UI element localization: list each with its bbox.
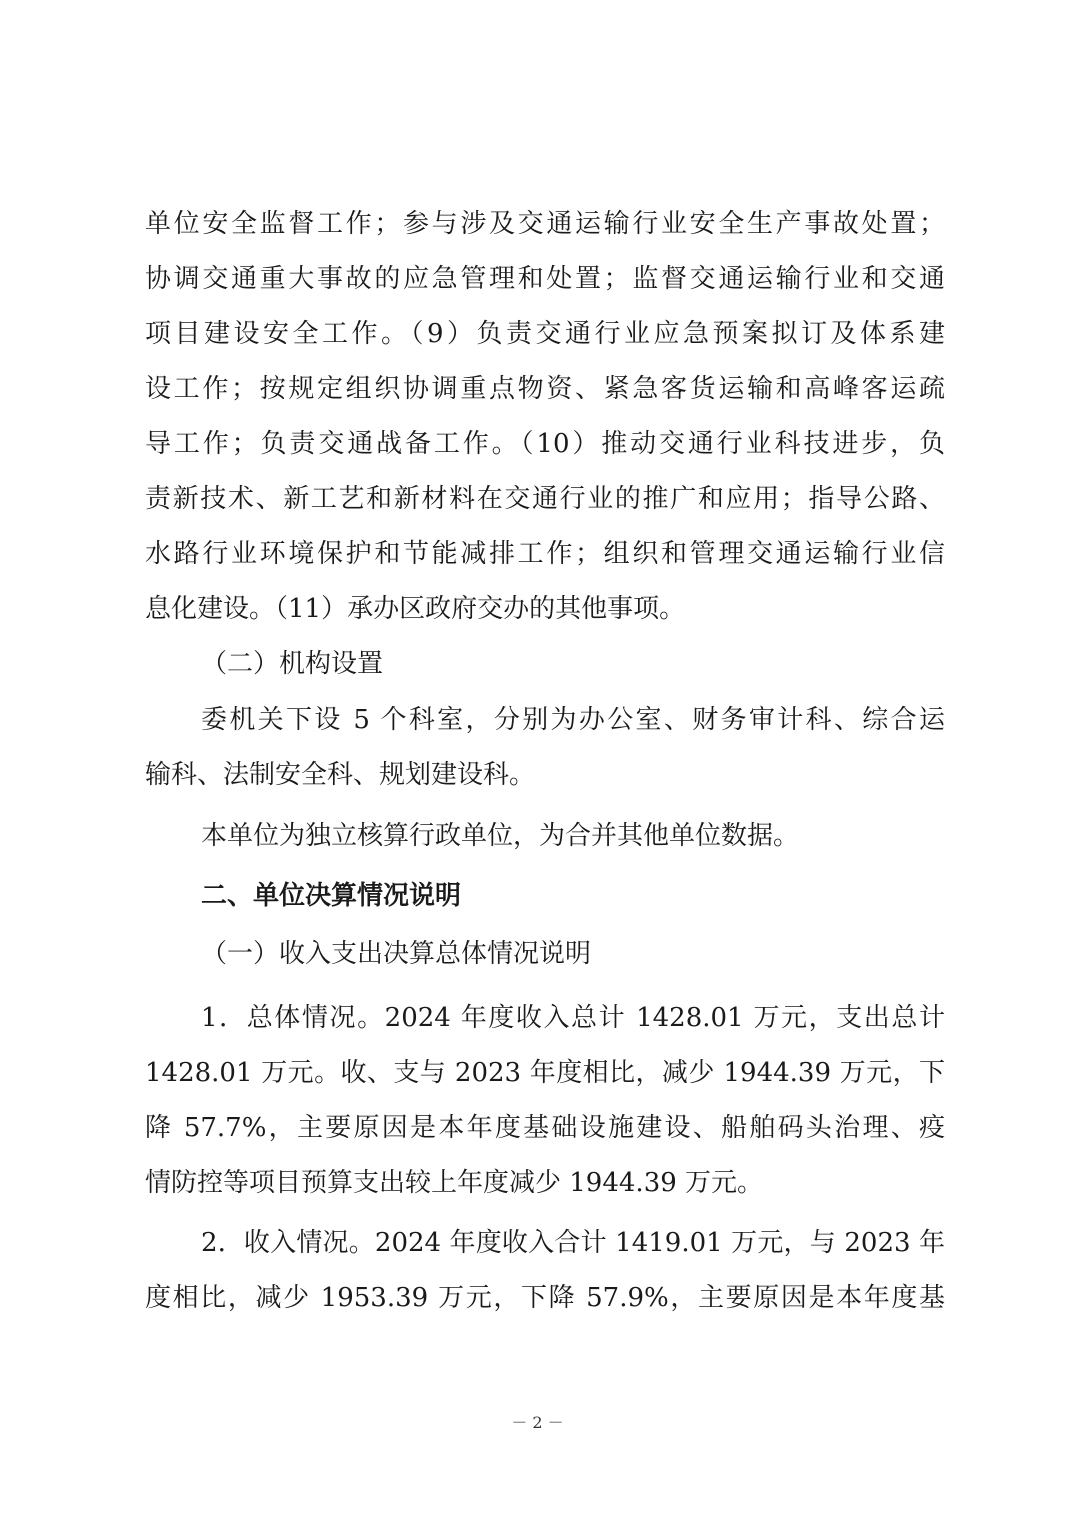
body-text-line: 2．收入情况。2024 年度收入合计 1419.01 万元，与 2023 年 (201, 1223, 945, 1263)
section-heading-main: 二、单位决算情况说明 (201, 876, 945, 916)
section-heading-org: （二）机构设置 (201, 644, 945, 684)
body-text-line: 情防控等项目预算支出较上年度减少 1944.39 万元。 (145, 1163, 945, 1203)
body-text-line: 水路行业环境保护和节能减排工作；组织和管理交通运输行业信 (145, 534, 945, 574)
document-page: 单位安全监督工作；参与涉及交通运输行业安全生产事故处置； 协调交通重大事故的应急… (0, 0, 1075, 1520)
body-text-line: 1428.01 万元。收、支与 2023 年度相比，减少 1944.39 万元，… (145, 1053, 945, 1093)
body-text-line: 度相比，减少 1953.39 万元，下降 57.9%，主要原因是本年度基 (145, 1278, 945, 1318)
body-text-line: 本单位为独立核算行政单位，为合并其他单位数据。 (201, 816, 945, 856)
body-text-line: 责新技术、新工艺和新材料在交通行业的推广和应用；指导公路、 (145, 479, 945, 519)
body-text-line: 导工作；负责交通战备工作。（10）推动交通行业科技进步，负 (145, 424, 945, 464)
body-text-line: 1．总体情况。2024 年度收入总计 1428.01 万元，支出总计 (201, 998, 945, 1038)
body-text-line: 输科、法制安全科、规划建设科。 (145, 755, 945, 795)
body-text-line: 单位安全监督工作；参与涉及交通运输行业安全生产事故处置； (145, 204, 945, 244)
body-text-line: 设工作；按规定组织协调重点物资、紧急客货运输和高峰客运疏 (145, 369, 945, 409)
subsection-heading: （一）收入支出决算总体情况说明 (201, 934, 945, 974)
body-text-line: 项目建设安全工作。（9）负责交通行业应急预案拟订及体系建 (145, 314, 945, 354)
body-text-line: 降 57.7%，主要原因是本年度基础设施建设、船舶码头治理、疫 (145, 1108, 945, 1148)
body-text-line: 协调交通重大事故的应急管理和处置；监督交通运输行业和交通 (145, 259, 945, 299)
body-text-line: 息化建设。（11）承办区政府交办的其他事项。 (145, 589, 945, 629)
page-number: － 2 － (0, 1410, 1075, 1433)
body-text-line: 委机关下设 5 个科室，分别为办公室、财务审计科、综合运 (201, 700, 945, 740)
